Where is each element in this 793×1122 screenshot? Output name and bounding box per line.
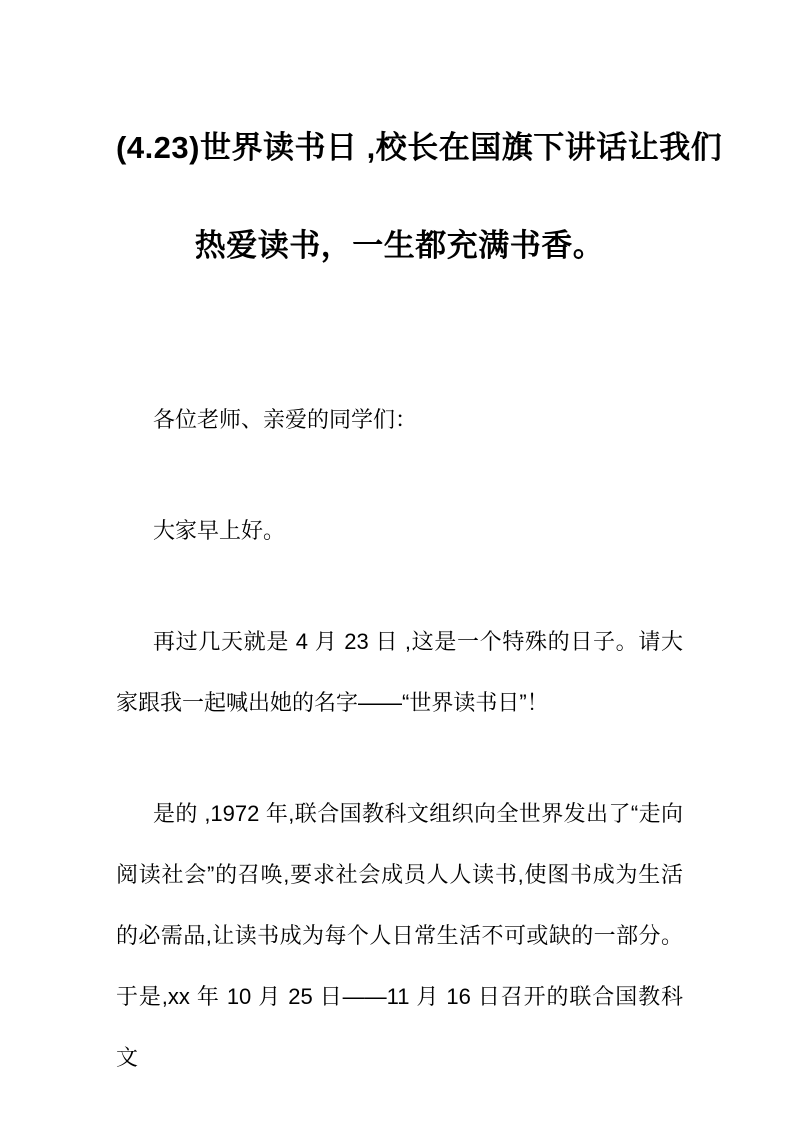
paragraph-greeting: 大家早上好。 [116,500,683,561]
document-body: 各位老师、亲爱的同学们： 大家早上好。 再过几天就是 4 月 23 日 ,这是一… [116,389,683,1088]
paragraph-salutation: 各位老师、亲爱的同学们： [116,389,683,450]
document-title: (4.23)世界读书日 ,校长在国旗下讲话让我们 热爱读书，一生都充满书香。 [116,99,683,295]
title-line-1: (4.23)世界读书日 ,校长在国旗下讲话让我们 [116,99,683,197]
document-page: (4.23)世界读书日 ,校长在国旗下讲话让我们 热爱读书，一生都充满书香。 各… [0,0,793,1122]
title-line-2: 热爱读书，一生都充满书香。 [116,197,683,295]
paragraph-history: 是的 ,1972 年,联合国教科文组织向全世界发出了“走向阅读社会”的召唤,要求… [116,783,683,1088]
paragraph-intro: 再过几天就是 4 月 23 日 ,这是一个特殊的日子。请大家跟我一起喊出她的名字… [116,611,683,733]
